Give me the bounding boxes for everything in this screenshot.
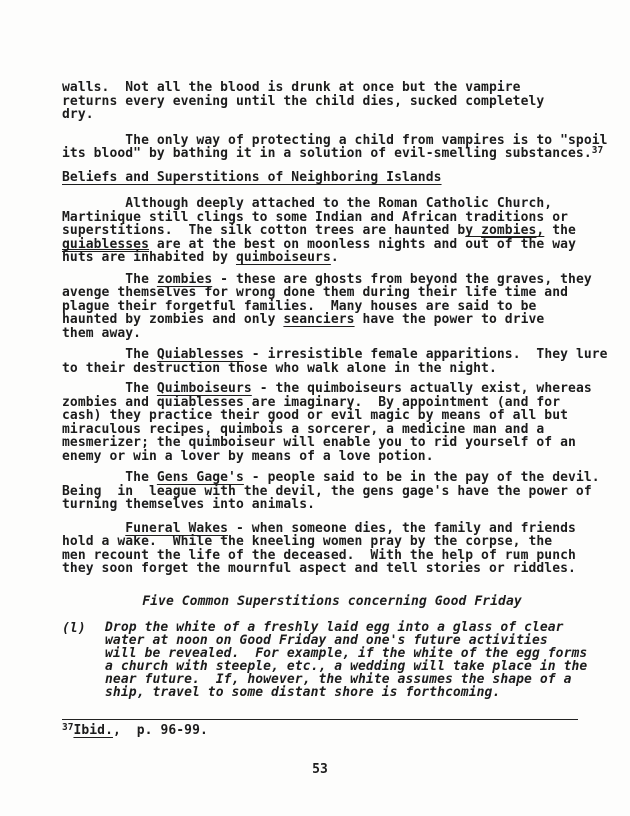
text-line: Five Common Superstitions concerning Goo… — [86, 595, 578, 609]
text-segment: Beliefs and Superstitions of Neighboring… — [62, 170, 442, 185]
text-segment: have the power to drive — [355, 312, 545, 327]
text-line: huts are inhabited by quimboiseurs. — [62, 251, 578, 265]
para-zombies: The zombies - these are ghosts from beyo… — [62, 273, 578, 341]
footnote: 37Ibid., p. 96-99. — [62, 719, 578, 739]
text-line: cash) they practice their good or evil m… — [62, 409, 578, 423]
list-item-body: Drop the white of a freshly laid egg int… — [105, 621, 587, 699]
page-number: 53 — [62, 763, 578, 777]
text-segment: ship, travel to some distant shore is fo… — [105, 685, 500, 700]
text-segment: 37 — [592, 145, 603, 156]
text-line: guiablesses are at the best on moonless … — [62, 238, 578, 252]
text-line: plague their forgetful families. Many ho… — [62, 300, 578, 314]
document-blocks: walls. Not all the blood is drunk at onc… — [62, 81, 578, 739]
document-page: walls. Not all the blood is drunk at onc… — [0, 0, 630, 816]
text-segment: enemy or win a lover by means of a love … — [62, 449, 434, 464]
text-segment: quimboiseurs — [236, 250, 331, 265]
text-segment: huts are in — [62, 250, 149, 265]
text-line: returns every evening until the child di… — [62, 95, 578, 109]
text-line: Being in league with the devil, the gens… — [62, 485, 578, 499]
text-line: miraculous recipes, quimbois a sorcerer,… — [62, 423, 578, 437]
text-segment: habited by — [149, 250, 236, 265]
text-segment: them away. — [62, 326, 141, 341]
list-item-marker: (l) — [62, 621, 105, 699]
text-column: walls. Not all the blood is drunk at onc… — [62, 81, 578, 776]
para-gens-gages: The Gens Gage's - people said to be in t… — [62, 471, 578, 512]
text-line: The only way of protecting a child from … — [62, 134, 578, 148]
text-segment: . — [331, 250, 339, 265]
text-segment: returns every evening until the child di… — [62, 94, 544, 109]
text-segment: 37 — [62, 722, 73, 733]
text-line: Martinique still clings to some Indian a… — [62, 211, 578, 225]
text-segment: , p. 96-99. — [113, 723, 208, 738]
text-segment: out of the — [465, 237, 544, 252]
text-segment: its blood" by bathing it in a solution o… — [62, 146, 592, 161]
text-line: turning themselves into animals. — [62, 498, 578, 512]
para-vampire-blood: walls. Not all the blood is drunk at onc… — [62, 81, 578, 122]
text-segment: dry. — [62, 107, 94, 122]
text-segment: they soon forget the mournful aspect and… — [62, 561, 576, 576]
text-segment: turning themselves into animals. — [62, 497, 315, 512]
item-egg-white: (l)Drop the white of a freshly laid egg … — [62, 621, 578, 699]
heading-good-friday: Five Common Superstitions concerning Goo… — [62, 595, 578, 609]
text-line: mesmerizer; the quimboiseur will enable … — [62, 436, 578, 450]
text-line: zombies and quiablesses are imaginary. B… — [62, 396, 578, 410]
text-segment: seanciers — [283, 312, 354, 327]
text-line: them away. — [62, 327, 578, 341]
text-segment: to their destruction those who walk alon… — [62, 361, 497, 376]
text-segment: way — [544, 237, 576, 252]
text-line: haunted by zombies and only seanciers ha… — [62, 313, 578, 327]
para-quimboiseurs: The Quimboiseurs - the quimboiseurs actu… — [62, 382, 578, 463]
text-line: superstitions. The silk cotton trees are… — [62, 224, 578, 238]
text-segment: Five Common Superstitions concerning Goo… — [142, 594, 522, 609]
text-line: avenge themselves for wrong done them du… — [62, 286, 578, 300]
text-line: to their destruction those who walk alon… — [62, 362, 578, 376]
text-line: men recount the life of the deceased. Wi… — [62, 549, 578, 563]
text-line: dry. — [62, 108, 578, 122]
text-line: walls. Not all the blood is drunk at onc… — [62, 81, 578, 95]
text-line: its blood" by bathing it in a solution o… — [62, 147, 578, 162]
para-martinique: Although deeply attached to the Roman Ca… — [62, 197, 578, 265]
text-line: 37Ibid., p. 96-99. — [62, 724, 578, 739]
text-segment: Ibid. — [73, 723, 113, 738]
text-line: enemy or win a lover by means of a love … — [62, 450, 578, 464]
heading-beliefs: Beliefs and Superstitions of Neighboring… — [62, 171, 578, 185]
text-line: Beliefs and Superstitions of Neighboring… — [62, 171, 578, 185]
text-line: The zombies - these are ghosts from beyo… — [62, 273, 578, 287]
text-line: The Quiablesses - irresistible female ap… — [62, 348, 578, 362]
text-line: Funeral Wakes - when someone dies, the f… — [62, 522, 578, 536]
para-funeral-wakes: Funeral Wakes - when someone dies, the f… — [62, 522, 578, 576]
para-quiablesses: The Quiablesses - irresistible female ap… — [62, 348, 578, 375]
text-line: The Quimboiseurs - the quimboiseurs actu… — [62, 382, 578, 396]
text-line: ship, travel to some distant shore is fo… — [105, 686, 587, 699]
text-line: they soon forget the mournful aspect and… — [62, 562, 578, 576]
para-spoil-blood: The only way of protecting a child from … — [62, 134, 578, 162]
text-line: Although deeply attached to the Roman Ca… — [62, 197, 578, 211]
text-line: The Gens Gage's - people said to be in t… — [62, 471, 578, 485]
text-line: hold a wake. While the kneeling women pr… — [62, 535, 578, 549]
